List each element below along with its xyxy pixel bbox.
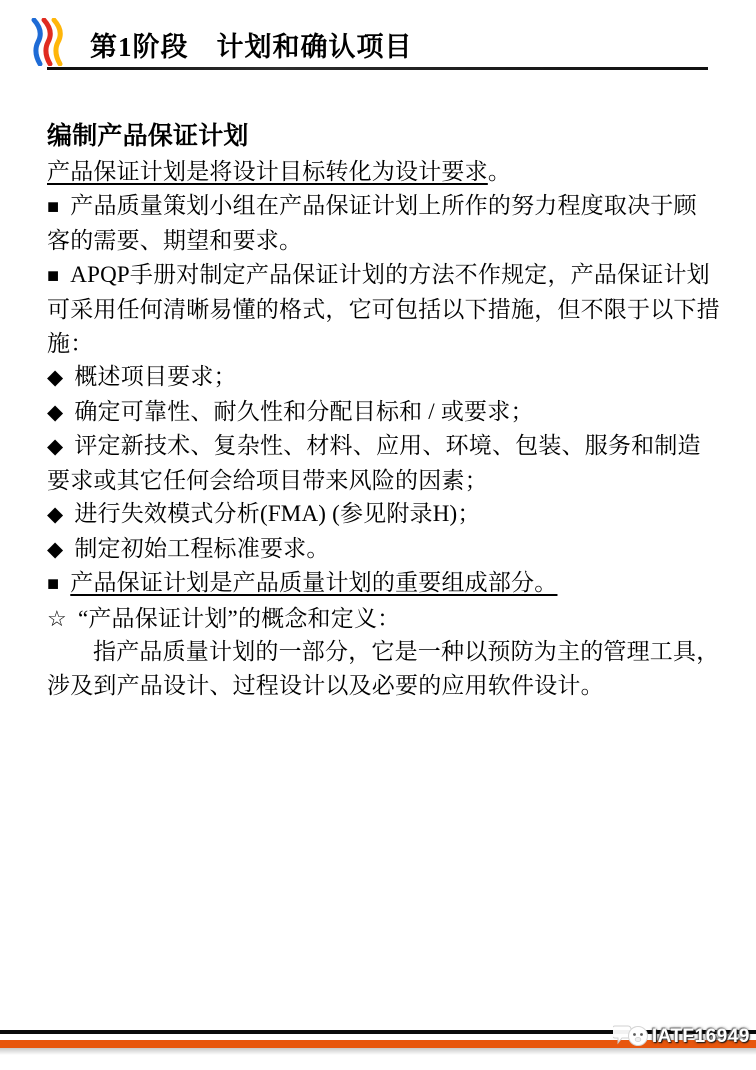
text-line: 产品保证计划是将设计目标转化为设计要求。 [47, 155, 712, 189]
mascot-icon [613, 1019, 649, 1054]
watermark: IATF16949 [613, 1019, 750, 1054]
bullet-line: ◆制定初始工程标准要求。 [47, 532, 712, 567]
underlined-text: 产品保证计划是将设计目标转化为设计要求 [47, 159, 488, 184]
text: 确定可靠性、耐久性和分配目标和 / 或要求； [74, 399, 533, 424]
text-line: 要求或其它任何会给项目带来风险的因素； [47, 464, 712, 498]
text: 产品质量策划小组在产品保证计划上所作的努力程度取决于顾 [70, 193, 696, 218]
three-waves-logo-icon [30, 18, 66, 71]
diamond-bullet-icon: ◆ [47, 396, 63, 430]
text-line: 指产品质量计划的一部分，它是一种以预防为主的管理工具， [47, 635, 712, 669]
text: APQP手册对制定产品保证计划的方法不作规定，产品保证计划 [70, 262, 710, 287]
diamond-bullet-icon: ◆ [47, 533, 63, 567]
diamond-bullet-icon: ◆ [47, 430, 63, 464]
diamond-bullet-icon: ◆ [47, 361, 63, 395]
diamond-bullet-icon: ◆ [47, 498, 63, 532]
bullet-line: ■产品保证计划是产品质量计划的重要组成部分。 [47, 566, 712, 602]
text-line: 客的需要、期望和要求。 [47, 224, 712, 258]
text-line: 可采用任何清晰易懂的格式，它可包括以下措施，但不限于以下措 [47, 293, 712, 327]
bullet-line: ◆概述项目要求； [47, 360, 712, 395]
page-title: 第1阶段 计划和确认项目 [90, 25, 413, 64]
text: 评定新技术、复杂性、材料、应用、环境、包装、服务和制造 [74, 433, 700, 458]
bullet-line: ◆评定新技术、复杂性、材料、应用、环境、包装、服务和制造 [47, 429, 712, 464]
text-line: 施： [47, 327, 712, 361]
text-line: 涉及到产品设计、过程设计以及必要的应用软件设计。 [47, 669, 712, 703]
square-bullet-icon: ■ [47, 191, 59, 225]
slide-body: 编制产品保证计划 产品保证计划是将设计目标转化为设计要求。 ■产品质量策划小组在… [47, 119, 712, 702]
bullet-line: ■APQP手册对制定产品保证计划的方法不作规定，产品保证计划 [47, 258, 712, 294]
text: 制定初始工程标准要求。 [74, 536, 329, 561]
star-bullet-icon: ☆ [47, 602, 67, 636]
underlined-text: 产品保证计划是产品质量计划的重要组成部分。 [70, 570, 557, 595]
slide: 第1阶段 计划和确认项目 编制产品保证计划 产品保证计划是将设计目标转化为设计要… [0, 0, 756, 1070]
square-bullet-icon: ■ [47, 568, 59, 602]
header-divider [47, 67, 708, 70]
square-bullet-icon: ■ [47, 260, 59, 294]
section-heading: 编制产品保证计划 [47, 119, 712, 155]
bullet-line: ■产品质量策划小组在产品保证计划上所作的努力程度取决于顾 [47, 189, 712, 225]
bullet-line: ◆确定可靠性、耐久性和分配目标和 / 或要求； [47, 395, 712, 430]
bullet-line: ◆进行失效模式分析(FMA) (参见附录H)； [47, 497, 712, 532]
bullet-line: ☆“产品保证计划”的概念和定义： [47, 602, 712, 636]
text: 进行失效模式分析(FMA) (参见附录H)； [74, 501, 480, 526]
slide-header: 第1阶段 计划和确认项目 [30, 18, 413, 71]
text: “产品保证计划”的概念和定义： [78, 606, 400, 631]
text: 概述项目要求； [74, 364, 236, 389]
text: 。 [488, 159, 511, 184]
watermark-text: IATF16949 [652, 1026, 750, 1048]
